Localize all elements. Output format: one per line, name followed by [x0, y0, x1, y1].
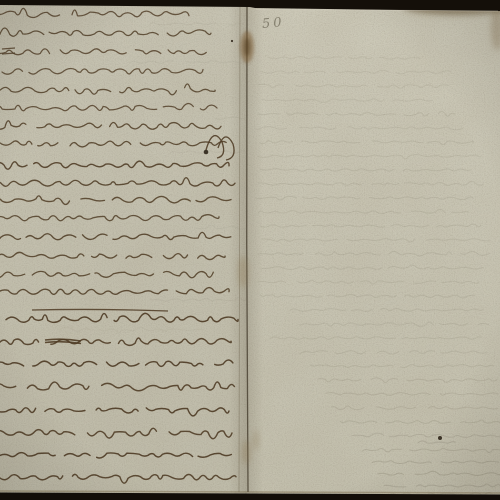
vignette — [0, 0, 500, 500]
scanned-manuscript-spread: 50 — [0, 0, 500, 500]
manuscript-scan — [0, 0, 500, 500]
page-number: 50 — [261, 15, 285, 32]
